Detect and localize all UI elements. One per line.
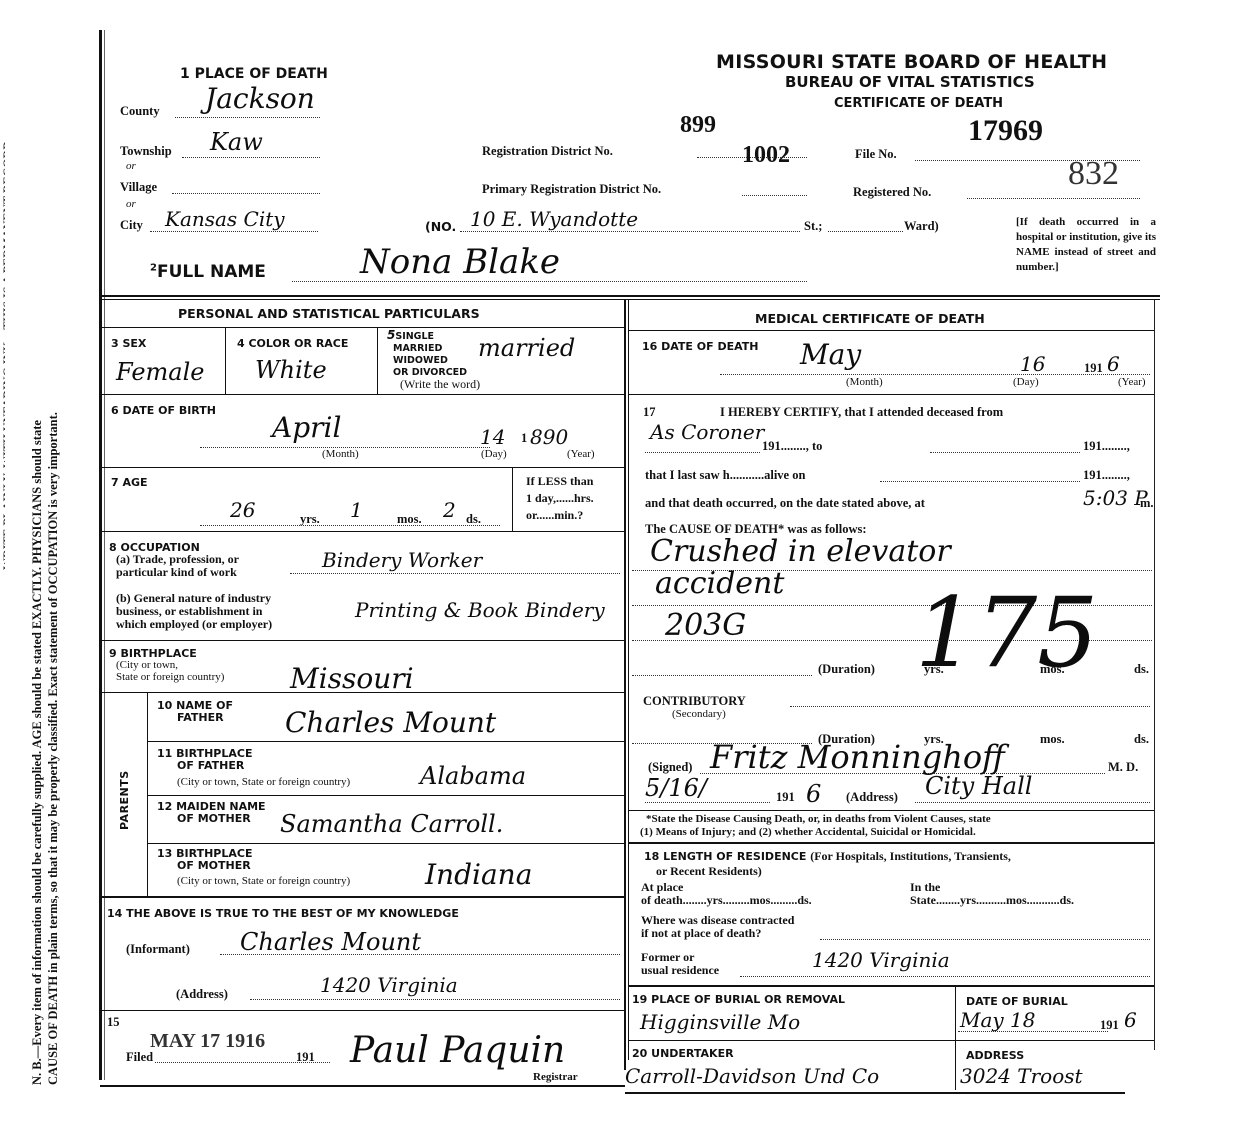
burial-place-value: Higginsville Mo	[640, 1010, 800, 1034]
physician-address-label: (Address)	[846, 790, 898, 805]
sign-year: 6	[806, 780, 821, 808]
county-value: Jackson	[205, 82, 315, 115]
cause-line-1: Crushed in elevator	[650, 534, 951, 569]
duration-mos-2: mos.	[1040, 732, 1065, 747]
age-years: 26	[230, 498, 255, 522]
informant-address-label: (Address)	[176, 987, 228, 1002]
sign-date: 5/16/	[645, 774, 707, 802]
registrar-signature: Paul Paquin	[350, 1030, 565, 1071]
former-residence-label: Former or usual residence	[641, 951, 719, 977]
township-value: Kaw	[210, 128, 263, 156]
stamp-file-number: 17969	[968, 114, 1043, 148]
reg-district-value: 1002	[742, 142, 790, 169]
duration-ds-1: ds.	[1134, 662, 1149, 677]
duration-yrs-1: yrs.	[924, 662, 944, 677]
burial-year-prefix: 191	[1100, 1018, 1119, 1033]
burial-year: 6	[1124, 1008, 1137, 1032]
filed-year-prefix: 191	[296, 1050, 315, 1065]
occupation-b-label: (b) General nature of industry business,…	[116, 592, 272, 631]
st-label: St.;	[804, 219, 822, 234]
full-name-label: 2FULL NAME	[150, 262, 266, 282]
residence-at-place: At place of death........yrs.........mos…	[641, 881, 812, 907]
residence-label: 18 LENGTH OF RESIDENCE (For Hospitals, I…	[644, 849, 1011, 878]
undertaker-address-value: 3024 Troost	[960, 1064, 1083, 1088]
reg-district-label: Registration District No.	[482, 144, 613, 159]
occupation-a-label: (a) Trade, profession, or particular kin…	[116, 553, 239, 579]
filed-num: 15	[107, 1015, 120, 1030]
age-days: 2	[443, 498, 456, 522]
mother-birthplace-label: 13 BIRTHPLACE OF MOTHER	[157, 848, 252, 872]
burial-date-value: May 18	[960, 1008, 1036, 1032]
mother-name-label: 12 MAIDEN NAME OF MOTHER	[157, 801, 266, 825]
dod-year-hint: (Year)	[1118, 376, 1146, 388]
duration-ds-2: ds.	[1134, 732, 1149, 747]
top-section-divider	[100, 295, 1160, 297]
county-label: County	[120, 104, 160, 119]
sex-value: Female	[116, 358, 205, 386]
race-label: 4 COLOR OR RACE	[237, 337, 348, 350]
dod-year-prefix: 191	[1084, 361, 1103, 376]
undertaker-value: Carroll-Davidson Und Co	[625, 1064, 879, 1088]
age-label: 7 AGE	[111, 476, 148, 489]
attended-from: As Coroner	[650, 420, 764, 444]
death-time-m: m.	[1140, 496, 1154, 511]
less-than-day: If LESS than 1 day,......hrs. or......mi…	[526, 473, 594, 524]
last-saw-text: that I last saw h...........alive on	[645, 468, 805, 483]
marital-hint: (Write the word)	[400, 377, 480, 392]
mother-birthplace-hint: (City or town, State or foreign country)	[177, 875, 350, 887]
dob-day-hint: (Day)	[481, 448, 507, 460]
dod-year: 6	[1107, 352, 1120, 376]
certify-num: 17	[643, 405, 656, 420]
or-text-1: or	[126, 160, 136, 172]
cause-line-2: accident	[655, 566, 784, 601]
dod-month-hint: (Month)	[846, 376, 883, 388]
file-no-label: File No.	[855, 147, 897, 162]
burial-place-label: 19 PLACE OF BURIAL OR REMOVAL	[632, 993, 845, 1006]
or-text-2: or	[126, 198, 136, 210]
dod-day: 16	[1020, 352, 1045, 376]
dod-day-hint: (Day)	[1013, 376, 1039, 388]
cause-footnote: *State the Disease Causing Death, or, in…	[640, 813, 991, 839]
city-value: Kansas City	[165, 207, 285, 231]
medical-heading: MEDICAL CERTIFICATE OF DEATH	[755, 311, 985, 326]
dob-month-hint: (Month)	[322, 448, 359, 460]
sign-year-prefix: 191	[776, 790, 795, 805]
left-border-inner	[104, 30, 105, 1080]
where-contracted: Where was disease contracted if not at p…	[641, 914, 794, 940]
informant-heading: 14 THE ABOVE IS TRUE TO THE BEST OF MY K…	[107, 907, 459, 920]
filed-stamp: MAY 17 1916	[150, 1030, 265, 1053]
margin-top-line: WRITE PLAINLY, WITH UNFADING INK—THIS IS…	[0, 141, 15, 570]
bureau-title: BUREAU OF VITAL STATISTICS	[785, 73, 1035, 91]
dob-year-hint: (Year)	[567, 448, 595, 460]
certificate-title: CERTIFICATE OF DEATH	[834, 96, 1003, 111]
place-of-death-heading: 1 PLACE OF DEATH	[180, 66, 328, 82]
occupation-a-value: Bindery Worker	[322, 548, 482, 572]
registered-no-value: 832	[1068, 155, 1119, 193]
center-divider-2	[628, 300, 629, 1060]
residence-in-state: In the State........yrs..........mos....…	[910, 881, 1074, 907]
marital-value: married	[478, 334, 575, 362]
city-label: City	[120, 218, 143, 233]
registrar-label: Registrar	[533, 1071, 578, 1083]
contributory-label: CONTRIBUTORY	[643, 694, 746, 709]
secondary-label: (Secondary)	[672, 708, 726, 720]
duration-label-1: (Duration)	[818, 662, 875, 677]
father-name-label: 10 NAME OF FATHER	[157, 700, 233, 724]
village-label: Village	[120, 180, 157, 195]
dob-day: 14	[480, 425, 505, 449]
sex-label: 3 SEX	[111, 337, 146, 350]
physician-address-value: City Hall	[925, 772, 1032, 800]
attended-year-1: 191........, to	[762, 439, 822, 454]
stamp-number: 899	[680, 112, 716, 139]
dod-month: May	[800, 338, 861, 371]
marital-options: 5SINGLE MARRIED WIDOWED OR DIVORCED	[387, 329, 467, 379]
physician-signature: Fritz Monninghoff	[710, 738, 1005, 776]
father-name-value: Charles Mount	[285, 706, 496, 739]
death-time: 5:03 P	[1083, 486, 1148, 510]
birthplace-hint: (City or town, State or foreign country)	[116, 659, 224, 683]
primary-reg-label: Primary Registration District No.	[482, 182, 661, 197]
undertaker-address-label: ADDRESS	[966, 1049, 1024, 1062]
personal-heading: PERSONAL AND STATISTICAL PARTICULARS	[178, 306, 480, 321]
ward-label: Ward)	[904, 219, 939, 234]
informant-value: Charles Mount	[240, 928, 421, 956]
top-section-divider-2	[100, 299, 1160, 300]
hospital-note: [If death occurred in a hospital or inst…	[1016, 215, 1156, 275]
full-name-value: Nona Blake	[360, 242, 560, 282]
signed-label: (Signed)	[648, 760, 692, 775]
dod-label: 16 DATE OF DEATH	[642, 340, 758, 353]
margin-instructions-line2: CAUSE OF DEATH in plain terms, so that i…	[46, 412, 61, 1085]
last-saw-year: 191........,	[1083, 468, 1130, 483]
dob-year: 890	[530, 425, 568, 449]
father-birthplace-hint: (City or town, State or foreign country)	[177, 776, 350, 788]
birthplace-value: Missouri	[290, 662, 414, 695]
dob-month: April	[272, 411, 341, 444]
duration-mos-1: mos.	[1040, 662, 1065, 677]
undertaker-label: 20 UNDERTAKER	[632, 1047, 734, 1060]
center-divider	[624, 300, 626, 1070]
informant-label: (Informant)	[126, 942, 190, 957]
township-label: Township	[120, 144, 172, 159]
age-months: 1	[350, 498, 363, 522]
dob-label: 6 DATE OF BIRTH	[111, 404, 216, 417]
race-value: White	[255, 356, 327, 384]
left-border	[99, 30, 102, 1080]
cause-code: 203G	[665, 608, 746, 643]
dob-year-prefix: 1	[521, 431, 527, 446]
father-birthplace-value: Alabama	[420, 762, 526, 790]
death-occurred-text: and that death occurred, on the date sta…	[645, 496, 925, 511]
board-title: MISSOURI STATE BOARD OF HEALTH	[716, 51, 1107, 73]
registered-no-label: Registered No.	[853, 185, 931, 200]
mother-birthplace-value: Indiana	[425, 858, 532, 891]
margin-instructions-line1: N. B.—Every item of information should b…	[30, 420, 45, 1085]
certify-text: I HEREBY CERTIFY, that I attended deceas…	[720, 405, 1003, 420]
md-label: M. D.	[1108, 760, 1138, 775]
no-label: (NO.	[425, 219, 456, 234]
father-birthplace-label: 11 BIRTHPLACE OF FATHER	[157, 748, 252, 772]
informant-address-value: 1420 Virginia	[320, 973, 458, 997]
street-value: 10 E. Wyandotte	[470, 207, 638, 231]
attended-year-2: 191........,	[1083, 439, 1130, 454]
mother-name-value: Samantha Carroll.	[280, 810, 503, 838]
parents-side-label: PARENTS	[118, 770, 131, 830]
occupation-b-value: Printing & Book Bindery	[355, 598, 605, 622]
burial-date-label: DATE OF BURIAL	[966, 995, 1068, 1008]
former-residence-value: 1420 Virginia	[812, 948, 950, 972]
